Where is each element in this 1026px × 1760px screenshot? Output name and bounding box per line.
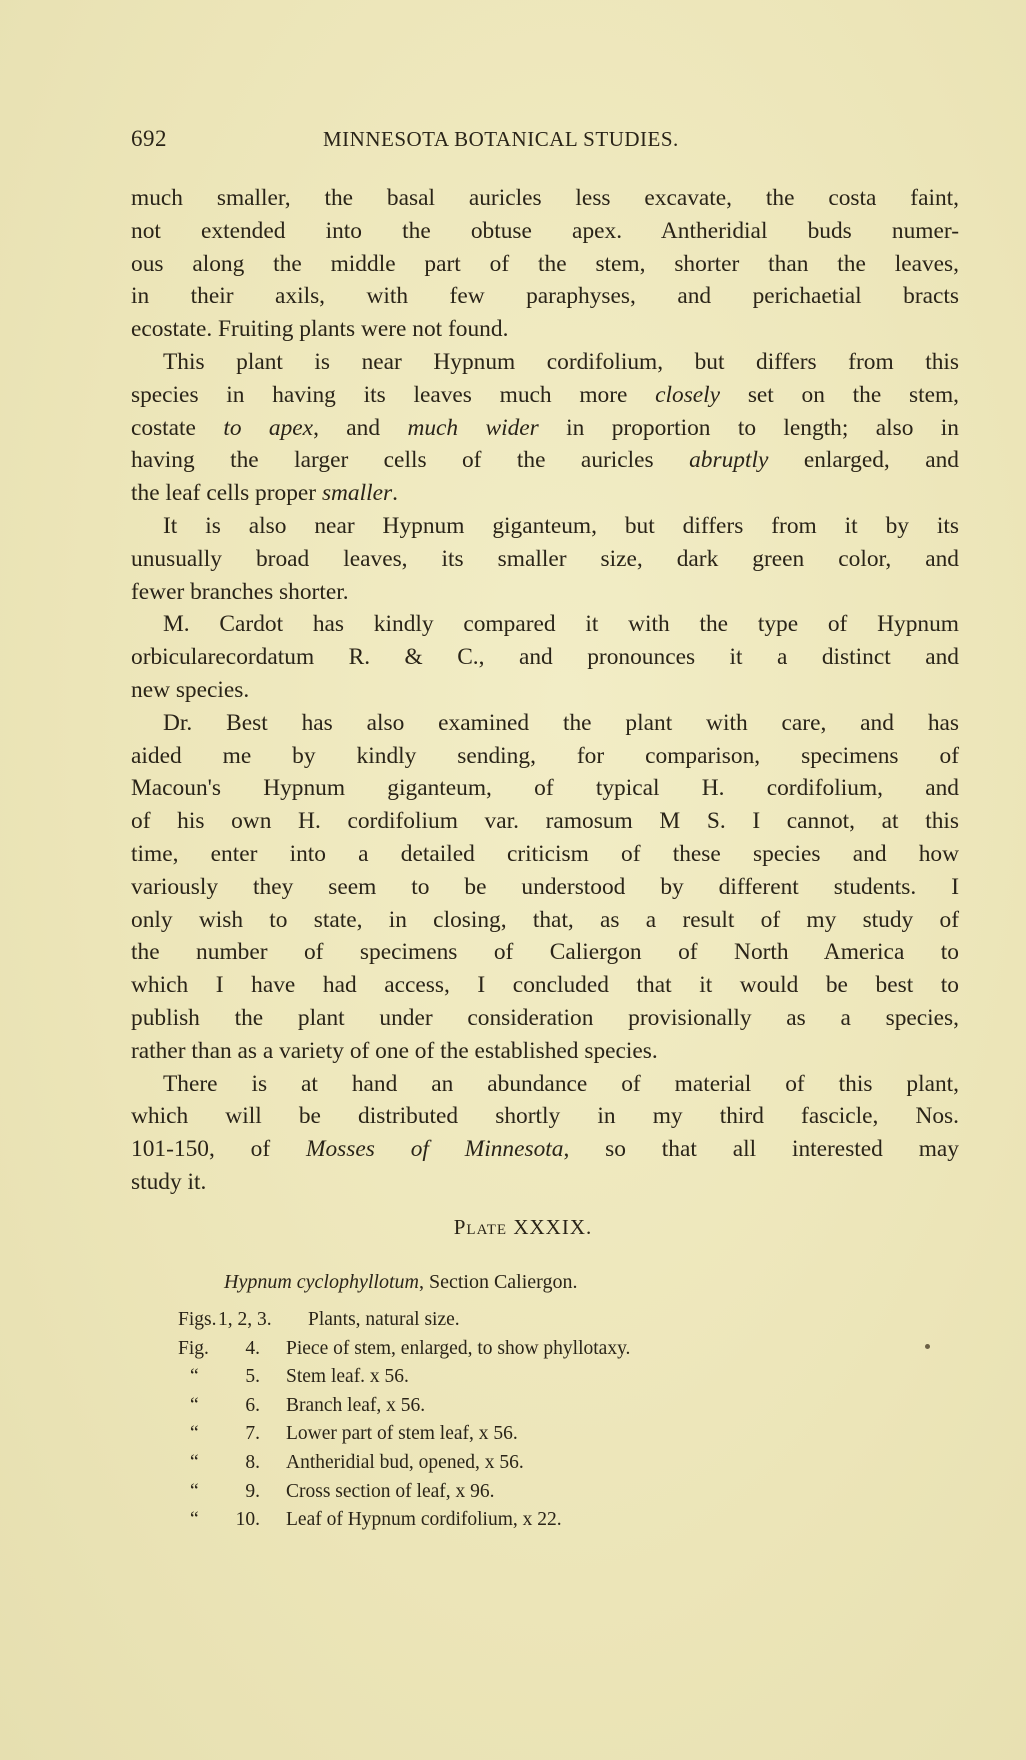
italic-text: to apex [223,415,313,441]
text-line: Macoun's Hypnum giganteum, of typical H.… [131,772,959,805]
figure-number: 10. [236,1506,260,1535]
text-line: only wish to state, in closing, that, as… [131,904,959,937]
text-line: rather than as a variety of one of the e… [131,1035,959,1068]
text-line: of his own H. cordifolium var. ramosum M… [131,805,959,838]
figure-description: Plants, natural size. [308,1306,460,1335]
text-line: costate to apex, and much wider in propo… [131,412,959,445]
text-line: fewer branches shorter. [131,576,959,609]
paragraph: There is at hand an abundance of materia… [131,1068,959,1199]
text-line: which will be distributed shortly in my … [131,1100,959,1133]
body-text: much smaller, the basal auricles less ex… [131,182,959,1199]
species-section: , Section Caliergon. [419,1271,578,1293]
paragraph: M. Cardot has kindly compared it with th… [131,608,959,706]
paragraph: Dr. Best has also examined the plant wit… [131,707,959,1068]
figure-description: Antheridial bud, opened, x 56. [286,1449,524,1478]
text-line: in their axils, with few paraphyses, and… [131,280,959,313]
text-line: study it. [131,1166,959,1199]
figure-label: Figs. [178,1306,216,1335]
text-line: 101-150, of Mosses of Minnesota, so that… [131,1133,959,1166]
text-line: the leaf cells proper smaller. [131,477,959,510]
figure-number: 4. [245,1335,260,1364]
text-line: having the larger cells of the auricles … [131,444,959,477]
plate-species: Hypnum cyclophyllotum, Section Caliergon… [224,1271,577,1294]
figure-label: “ [190,1363,199,1392]
figure-number: 7. [245,1420,260,1449]
text-line: new species. [131,674,959,707]
text-line: not extended into the obtuse apex. Anthe… [131,215,959,248]
figure-description: Stem leaf. x 56. [286,1363,409,1392]
paragraph: much smaller, the basal auricles less ex… [131,182,959,346]
paragraph: This plant is near Hypnum cordifolium, b… [131,346,959,510]
text-line: publish the plant under consideration pr… [131,1002,959,1035]
figure-label: “ [190,1392,199,1421]
species-name: Hypnum cyclophyllotum [224,1271,419,1293]
text-line: ecostate. Fruiting plants were not found… [131,313,959,346]
text-line: aided me by kindly sending, for comparis… [131,740,959,773]
figure-description: Lower part of stem leaf, x 56. [286,1420,518,1449]
italic-text: abruptly [689,447,768,473]
figure-description: Cross section of leaf, x 96. [286,1478,495,1507]
figure-label: “ [190,1478,199,1507]
text-line: unusually broad leaves, its smaller size… [131,543,959,576]
figure-number: 9. [245,1478,260,1507]
figure-description: Leaf of Hypnum cordifolium, x 22. [286,1506,562,1535]
text-line: Dr. Best has also examined the plant wit… [131,707,959,740]
text-line: M. Cardot has kindly compared it with th… [131,608,959,641]
figure-label: Fig. [178,1335,209,1364]
text-line: orbicularecordatum R. & C., and pronounc… [131,641,959,674]
figure-label: “ [190,1506,199,1535]
italic-text: much wider [407,415,538,441]
figure-label: “ [190,1420,199,1449]
text-line: which I have had access, I concluded tha… [131,969,959,1002]
text-line: time, enter into a detailed criticism of… [131,838,959,871]
figure-number: 6. [245,1392,260,1421]
figure-number: 5. [245,1363,260,1392]
paragraph: It is also near Hypnum giganteum, but di… [131,510,959,608]
document-page: 692 MINNESOTA BOTANICAL STUDIES. much sm… [0,0,1026,1760]
plate-title: Plate XXXIX. [0,1215,1026,1240]
running-title: MINNESOTA BOTANICAL STUDIES. [323,124,679,154]
figure-number: 8. [245,1449,260,1478]
figure-description: Piece of stem, enlarged, to show phyllot… [286,1335,630,1364]
text-line: This plant is near Hypnum cordifolium, b… [131,346,959,379]
text-line: ous along the middle part of the stem, s… [131,248,959,281]
italic-text: Mosses of Minnesota [306,1136,564,1162]
scan-speck [925,1344,930,1349]
figure-number: 1, 2, 3. [218,1306,272,1335]
text-line: much smaller, the basal auricles less ex… [131,182,959,215]
figure-label: “ [190,1449,199,1478]
text-line: the number of specimens of Caliergon of … [131,936,959,969]
text-line: variously they seem to be understood by … [131,871,959,904]
text-line: There is at hand an abundance of materia… [131,1068,959,1101]
figure-description: Branch leaf, x 56. [286,1392,425,1421]
text-line: It is also near Hypnum giganteum, but di… [131,510,959,543]
text-line: species in having its leaves much more c… [131,379,959,412]
page-number: 692 [131,124,167,154]
italic-text: smaller [322,480,392,506]
plate-title-text: Plate XXXIX. [454,1215,593,1239]
italic-text: closely [655,382,720,408]
